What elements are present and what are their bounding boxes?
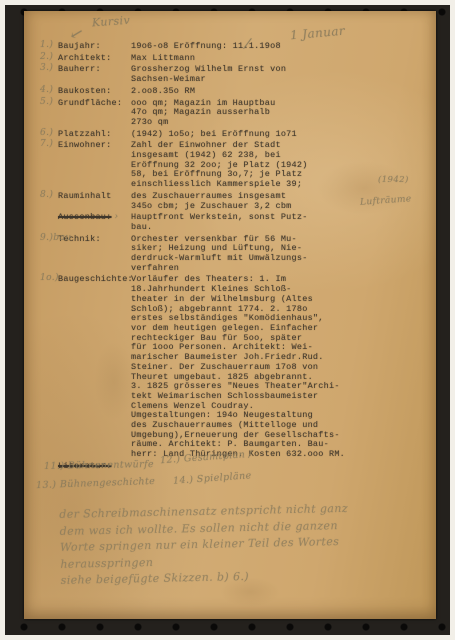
typed-line: 273o qm: [131, 118, 436, 128]
typed-line: 345o cbm; je Zuschauer 3,2 cbm: [131, 202, 436, 212]
photo-frame: ↙ Kursiv 1 Januar / (1942) Lufträume 1.)…: [0, 0, 455, 640]
entry-row: 6.) Platzzahl: (1942) 1o5o; bei Eröffnun…: [40, 130, 436, 140]
typed-line: (1942) 1o5o; bei Eröffnung 1o71: [131, 130, 436, 140]
entry-label-text: Bauherr:: [58, 64, 101, 74]
entry-label: Rauminhalt: [58, 192, 131, 211]
entry-label: Bauherr:: [58, 65, 131, 84]
typed-entries: 1.) Baujahr: 19o6-o8 Eröffnung: 11.1.19o…: [24, 42, 436, 474]
entry-row: 2.) Architekt: Max Littmann: [40, 54, 436, 64]
entry-row: 1o.) Baugeschichte: Vorläufer des Theate…: [40, 275, 436, 459]
document-paper: ↙ Kursiv 1 Januar / (1942) Lufträume 1.)…: [24, 11, 436, 619]
entry-label-text: Aussenbau:: [58, 212, 112, 222]
entry-label-text: Platzzahl:: [58, 129, 112, 139]
entry-row: 3.) Bauherr: Grossherzog Wilhelm Ernst v…: [40, 65, 436, 84]
entry-value: Hauptfront Werkstein, sonst Putz-bau.: [131, 213, 436, 232]
handwritten-literatur-item: 11.) Bühnenentwürfe: [44, 459, 154, 472]
entry-row: 7.) Einwohner: Zahl der Einwohner der St…: [40, 141, 436, 190]
handwritten-entry-number: 5.): [40, 98, 58, 127]
microfilm-background: ↙ Kursiv 1 Januar / (1942) Lufträume 1.)…: [5, 5, 450, 635]
entry-label-text: Architekt:: [58, 53, 112, 63]
entry-value: des Zuschauerraumes insgesamt345o cbm; j…: [131, 192, 436, 211]
handwritten-entry-number: 4.): [40, 86, 58, 96]
entry-row: 4.) Baukosten: 2.oo8.35o RM: [40, 87, 436, 97]
handwritten-entry-number: 1.): [40, 41, 58, 51]
handwritten-january-note: 1 Januar: [289, 24, 345, 43]
typed-line: Hauptfront Werkstein, sonst Putz-: [131, 213, 436, 223]
typed-line: 2.oo8.35o RM: [131, 87, 436, 97]
entry-label-text: Baujahr:: [58, 41, 101, 51]
pencil-mark: ›: [115, 212, 119, 222]
handwritten-entry-number: [40, 212, 58, 231]
entry-value: Orchester versenkbar für 56 Mu-siker; He…: [131, 235, 436, 274]
handwritten-entry-number: 1o.): [40, 274, 58, 458]
handwritten-entry-number: 9.)bau: [40, 234, 58, 273]
entry-value: Grossherzog Wilhelm Ernst vonSachsen-Wei…: [131, 65, 436, 84]
typed-line: 19o6-o8 Eröffnung: 11.1.19o8: [131, 42, 436, 52]
entry-label-text: Baugeschichte:: [58, 274, 133, 284]
entry-label: Architekt:: [58, 54, 131, 64]
entry-row: 5.) Grundfläche: ooo qm; Magazin im Haup…: [40, 99, 436, 128]
entry-label-text: Grundfläche:: [58, 98, 122, 108]
entry-row: 1.) Baujahr: 19o6-o8 Eröffnung: 11.1.19o…: [40, 42, 436, 52]
entry-label: Platzzahl:: [58, 130, 131, 140]
handwritten-entry-number: 6.): [40, 129, 58, 139]
typed-line: Max Littmann: [131, 54, 436, 64]
entry-label-text: Einwohner:: [58, 140, 112, 150]
handwritten-entry-number: 8.): [40, 191, 58, 210]
film-sprocket-holes-bottom: [5, 621, 450, 633]
entry-label: Grundfläche:: [58, 99, 131, 128]
typed-line: einschliesslich Kammerspiele 39;: [131, 180, 436, 190]
handwritten-bottom-note: der Schreibmaschinensatz entspricht nich…: [59, 499, 431, 589]
handwritten-entry-number: 3.): [40, 64, 58, 83]
entry-label-text: Baukosten:: [58, 86, 112, 96]
entry-value: ooo qm; Magazin im Hauptbau47o qm; Magaz…: [131, 99, 436, 128]
entry-label: Einwohner:: [58, 141, 131, 190]
entry-value: Vorläufer des Theaters: 1. Im18.Jahrhund…: [131, 275, 436, 459]
entry-value: Zahl der Einwohner der Stadtinsgesamt (1…: [131, 141, 436, 190]
entry-row: 9.)bau Technik: Orchester versenkbar für…: [40, 235, 436, 274]
typed-line: 47o qm; Magazin ausserhalb: [131, 108, 436, 118]
handwritten-literatur-item: 13.) Bühnengeschichte: [36, 476, 156, 491]
entry-value: (1942) 1o5o; bei Eröffnung 1o71: [131, 130, 436, 140]
entry-label: Baujahr:: [58, 42, 131, 52]
entry-value: Max Littmann: [131, 54, 436, 64]
entry-value: 19o6-o8 Eröffnung: 11.1.19o8: [131, 42, 436, 52]
typed-line: Sachsen-Weimar: [131, 75, 436, 85]
handwritten-entry-number: 7.): [40, 140, 58, 189]
entry-label-text: Rauminhalt: [58, 191, 112, 201]
entry-label: Baukosten:: [58, 87, 131, 97]
handwritten-kursiv-note: Kursiv: [92, 14, 131, 30]
entry-row: 8.) Rauminhalt des Zuschauerraumes insge…: [40, 192, 436, 211]
entry-value: 2.oo8.35o RM: [131, 87, 436, 97]
entry-row: Aussenbau:› Hauptfront Werkstein, sonst …: [40, 213, 436, 232]
typed-line: verfahren: [131, 264, 436, 274]
typed-line: bau.: [131, 223, 436, 233]
entry-label: Baugeschichte:: [58, 275, 131, 459]
handwritten-entry-number: 2.): [40, 53, 58, 63]
entry-label: Aussenbau:›: [58, 213, 131, 232]
